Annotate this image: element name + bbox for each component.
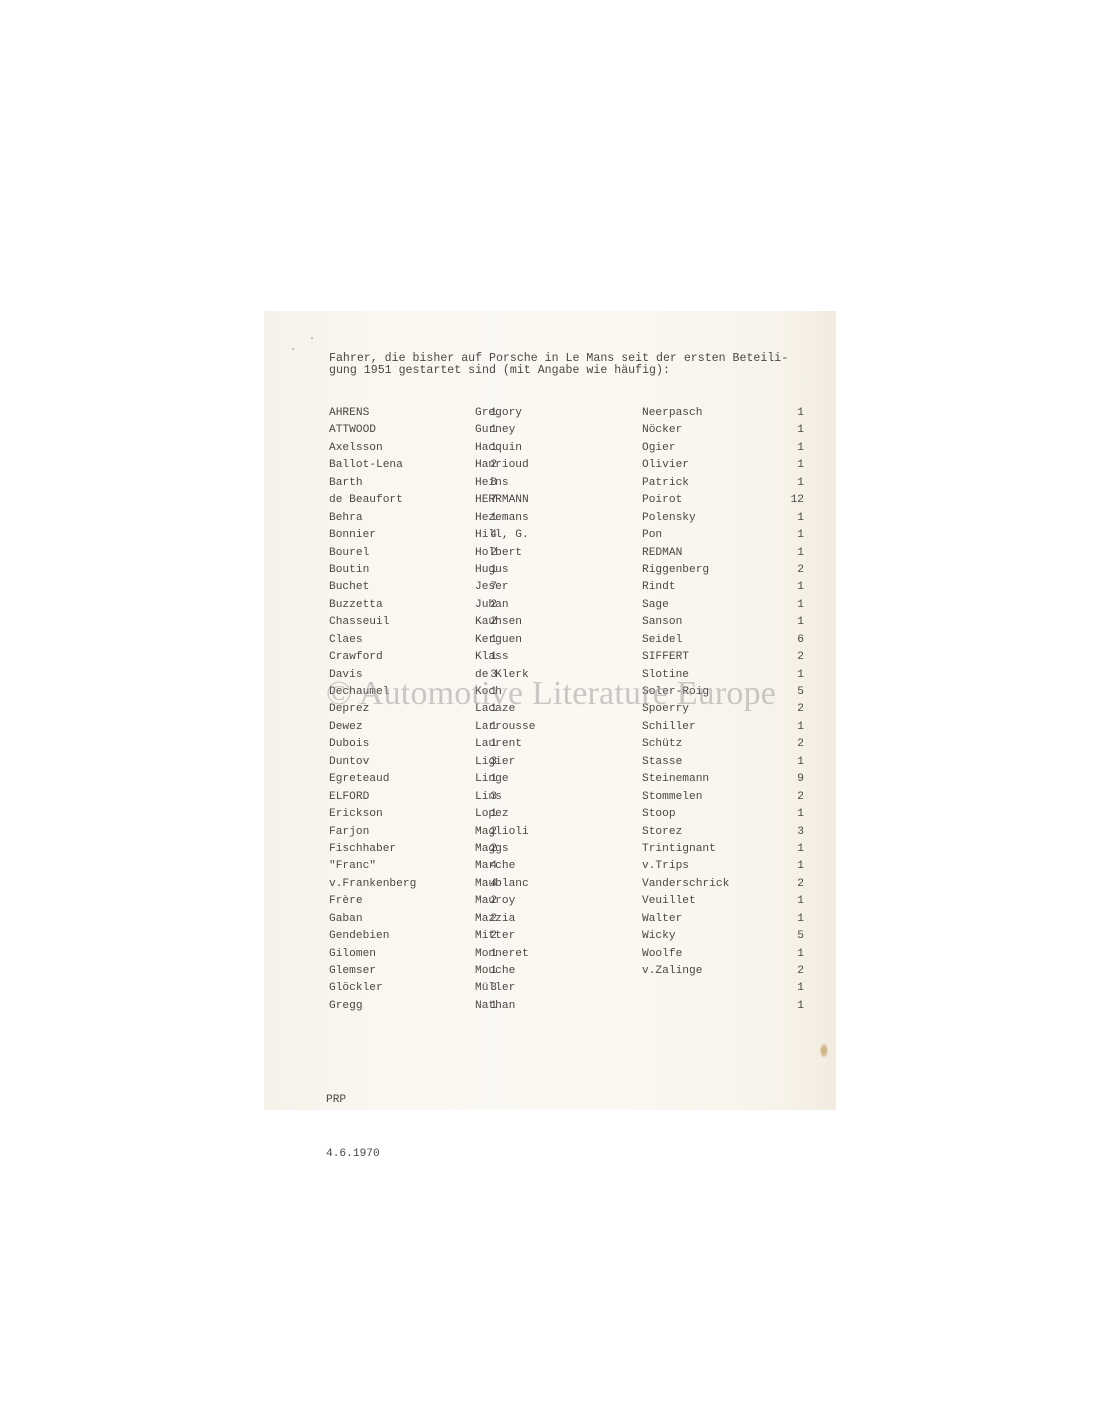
driver-name: Erickson [329,806,383,823]
driver-name: Trintignant [642,841,716,858]
driver-name: Laurent [475,736,522,753]
driver-name: Gaban [329,911,363,928]
driver-name: Boutin [329,562,369,579]
paper-stain [820,1044,828,1057]
driver-name: Axelsson [329,440,383,457]
driver-name: v.Frankenberg [329,876,416,893]
start-count: 1 [782,806,804,823]
driver-name: v.Zalinge [642,963,702,980]
watermark: © Automotive Literature Europe [326,674,776,714]
paper-speck [311,337,313,339]
driver-name: Monneret [475,946,529,963]
driver-name: Hill, G. [475,527,529,544]
driver-name: Maublanc [475,876,529,893]
driver-name: Storez [642,824,682,841]
driver-name: Neerpasch [642,405,702,422]
driver-name: SIFFERT [642,649,689,666]
driver-name: Glemser [329,963,376,980]
driver-name: Polensky [642,510,696,527]
driver-name: Hugus [475,562,509,579]
driver-name: Bonnier [329,527,376,544]
start-count: 1 [782,422,804,439]
driver-name: v.Trips [642,858,689,875]
start-count: 2 [782,876,804,893]
driver-name: Rindt [642,579,676,596]
start-count: 1 [782,475,804,492]
document-heading: Fahrer, die bisher auf Porsche in Le Man… [329,353,788,377]
start-count: 12 [782,492,804,509]
start-count: 1 [782,667,804,684]
start-count: 3 [782,824,804,841]
driver-name: Stoop [642,806,676,823]
driver-name: Nöcker [642,422,682,439]
start-count: 2 [782,736,804,753]
driver-name: Nathan [475,998,515,1015]
driver-name: Farjon [329,824,369,841]
driver-name: Wicky [642,928,676,945]
start-count: 1 [782,841,804,858]
start-count: 1 [782,754,804,771]
driver-name: Claes [329,632,363,649]
driver-name: Mitter [475,928,515,945]
start-count: 2 [782,701,804,718]
start-count: 1 [782,597,804,614]
driver-name: Duntov [329,754,369,771]
driver-name: Stommelen [642,789,702,806]
driver-name: Linge [475,771,509,788]
start-count: 1 [782,579,804,596]
driver-name: Egreteaud [329,771,389,788]
driver-name: Müller [475,980,515,997]
start-count: 2 [782,789,804,806]
driver-name: Dubois [329,736,369,753]
driver-name: Ballot-Lena [329,457,403,474]
driver-name: Dewez [329,719,363,736]
driver-name: Stasse [642,754,682,771]
driver-name: Walter [642,911,682,928]
driver-name: HERRMANN [475,492,529,509]
start-count: 1 [782,893,804,910]
start-count: 1 [782,545,804,562]
start-count: 1 [782,510,804,527]
driver-name: Gregg [329,998,363,1015]
start-count: 1 [782,858,804,875]
driver-name: Barth [329,475,363,492]
start-count: 5 [782,684,804,701]
paper-speck [292,348,294,350]
driver-name: Fischhaber [329,841,396,858]
driver-name: Riggenberg [642,562,709,579]
driver-name: Pon [642,527,662,544]
driver-name: Heins [475,475,509,492]
driver-name: Jeser [475,579,509,596]
driver-name: Olivier [642,457,689,474]
driver-name: Hacquin [475,440,522,457]
driver-name: Bourel [329,545,369,562]
driver-name: Chasseuil [329,614,389,631]
driver-name: Ogier [642,440,676,457]
start-count: 1 [782,911,804,928]
driver-name: Kerguen [475,632,522,649]
driver-name: Vanderschrick [642,876,729,893]
heading-line-2: gung 1951 gestartet sind (mit Angabe wie… [329,365,788,377]
start-count: 1 [782,980,804,997]
start-count: 1 [782,527,804,544]
driver-name: Holbert [475,545,522,562]
driver-name: Woolfe [642,946,682,963]
start-count: 2 [782,562,804,579]
driver-name: Lopez [475,806,509,823]
driver-name: Gurney [475,422,515,439]
driver-name: "Franc" [329,858,376,875]
driver-name: Buchet [329,579,369,596]
start-count: 5 [782,928,804,945]
driver-name: Maggs [475,841,509,858]
driver-name: Larrousse [475,719,535,736]
driver-name: Sanson [642,614,682,631]
driver-name: Veuillet [642,893,696,910]
driver-name: de Beaufort [329,492,403,509]
driver-name: Mouche [475,963,515,980]
driver-name: Mauroy [475,893,515,910]
start-count: 1 [782,719,804,736]
start-count: 1 [782,457,804,474]
driver-name: Behra [329,510,363,527]
start-count: 1 [782,614,804,631]
driver-name: ELFORD [329,789,369,806]
start-count: 9 [782,771,804,788]
driver-name: Kauhsen [475,614,522,631]
start-count: 1 [782,998,804,1015]
document-footer: PRP 4.6.1970 [326,1055,380,1199]
driver-name: Marche [475,858,515,875]
start-count: 1 [782,405,804,422]
driver-name: REDMAN [642,545,682,562]
start-count: 6 [782,632,804,649]
start-count: 1 [782,440,804,457]
driver-name: Frère [329,893,363,910]
driver-name: AHRENS [329,405,369,422]
driver-name: Gilomen [329,946,376,963]
driver-name: Klass [475,649,509,666]
driver-name: Buzzetta [329,597,383,614]
driver-name: ATTWOOD [329,422,376,439]
driver-name: Sage [642,597,669,614]
driver-name: Steinemann [642,771,709,788]
driver-name: Mazzia [475,911,515,928]
driver-name: Ligier [475,754,515,771]
document-date: 4.6.1970 [326,1145,380,1163]
driver-name: Schiller [642,719,696,736]
driver-name: Juhan [475,597,509,614]
driver-name: Gregory [475,405,522,422]
driver-name: Hanrioud [475,457,529,474]
driver-name: Seidel [642,632,682,649]
start-count: 1 [782,946,804,963]
driver-name: Maglioli [475,824,529,841]
driver-name: Lins [475,789,502,806]
start-count: 2 [782,963,804,980]
driver-name: Patrick [642,475,689,492]
driver-name: Gendebien [329,928,389,945]
driver-name: Hezemans [475,510,529,527]
author-initials: PRP [326,1091,380,1109]
driver-name: Crawford [329,649,383,666]
driver-name: Schütz [642,736,682,753]
start-count: 2 [782,649,804,666]
driver-name: Poirot [642,492,682,509]
driver-name: Glöckler [329,980,383,997]
